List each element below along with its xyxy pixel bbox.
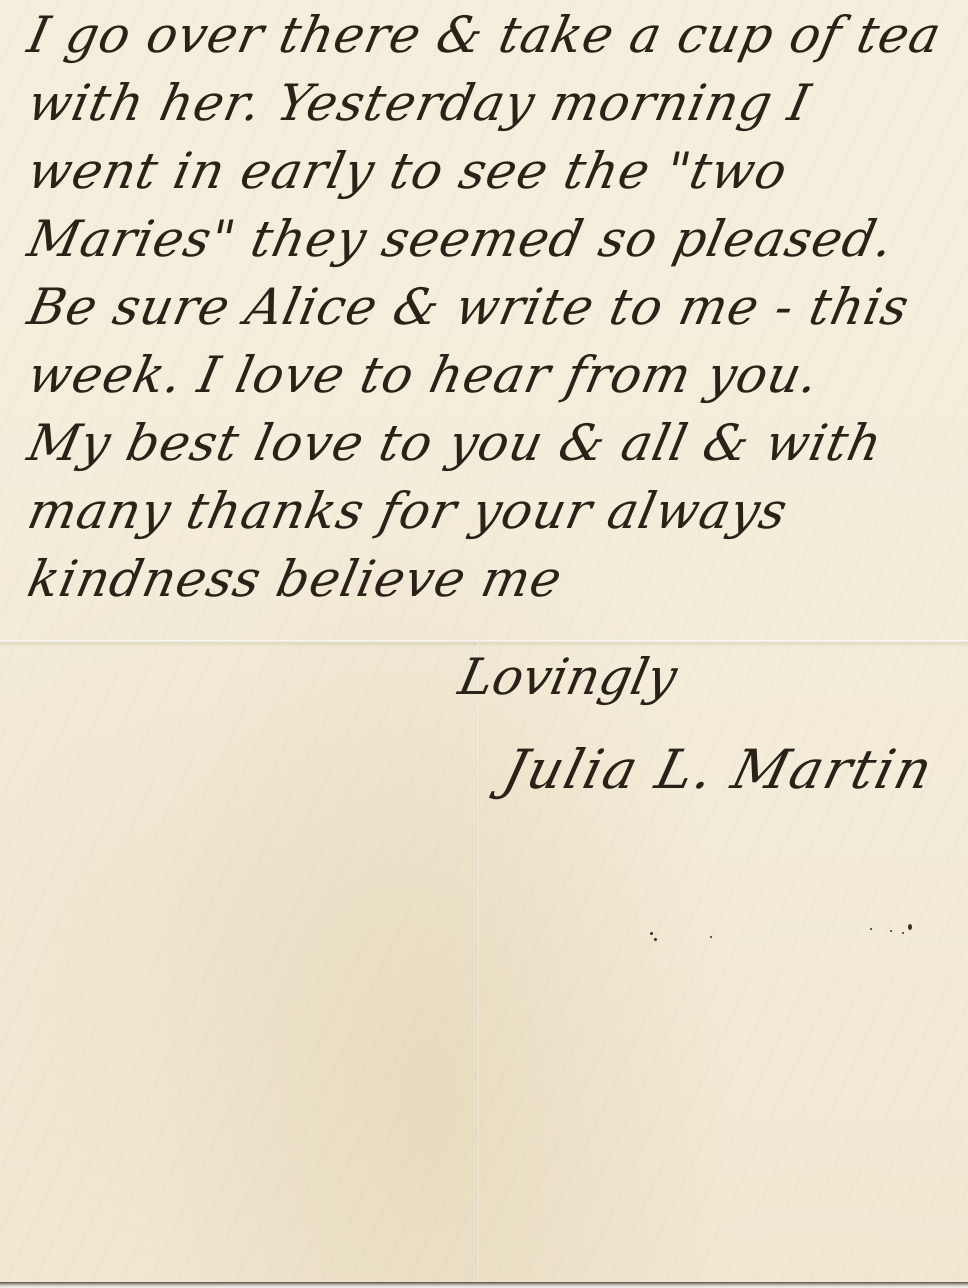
letter-page: I go over there & take a cup of tea with… xyxy=(0,0,968,1288)
page-bottom-edge xyxy=(0,1282,968,1288)
letter-closing: Lovingly xyxy=(454,648,682,706)
letter-line-8: many thanks for your always xyxy=(22,476,966,544)
letter-body: I go over there & take a cup of tea with… xyxy=(22,0,952,612)
letter-line-4: Maries" they seemed so pleased. xyxy=(22,204,966,272)
horizontal-fold-crease xyxy=(0,640,968,643)
vertical-fold-crease xyxy=(478,640,480,1288)
letter-line-5: Be sure Alice & write to me - this xyxy=(22,272,966,340)
letter-signature: Julia L. Martin xyxy=(497,738,940,801)
letter-line-1: I go over there & take a cup of tea xyxy=(22,0,966,68)
letter-line-9: kindness believe me xyxy=(22,544,966,612)
letter-line-7: My best love to you & all & with xyxy=(22,408,966,476)
letter-line-3: went in early to see the "two xyxy=(22,136,966,204)
letter-line-2: with her. Yesterday morning I xyxy=(22,68,966,136)
letter-line-6: week. I love to hear from you. xyxy=(22,340,966,408)
ink-spatter xyxy=(640,918,940,948)
